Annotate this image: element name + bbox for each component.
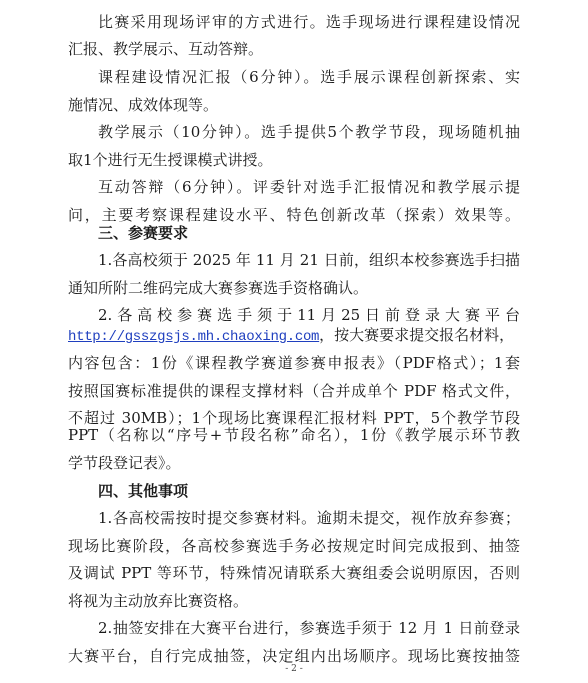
- paragraph-line: PPT（名称以“序号+节段名称”命名），1份《教学展示环节教: [68, 424, 520, 446]
- paragraph-line: 按照国赛标准提供的课程支撑材料（合并成单个 PDF 格式文件，: [68, 380, 520, 402]
- paragraph-line: 教学展示（10分钟）。选手提供5个教学节段，现场随机抽: [98, 121, 520, 143]
- link-trailing-text: ，按大赛要求提交报名材料，: [319, 326, 514, 344]
- paragraph-line: 现场比赛阶段，各高校参赛选手务必按规定时间完成报到、抽签: [68, 535, 520, 557]
- page-number: - 2 -: [0, 664, 588, 674]
- paragraph-line: 2.抽签安排在大赛平台进行，参赛选手须于 12 月 1 日前登录: [98, 617, 520, 639]
- competition-platform-link[interactable]: http://gsszgsjs.mh.chaoxing.com: [68, 329, 319, 345]
- paragraph-line-with-link: http://gsszgsjs.mh.chaoxing.com，按大赛要求提交报…: [68, 324, 520, 346]
- paragraph-line: 将视为主动放弃比赛资格。: [68, 590, 520, 612]
- paragraph-line: 课程建设情况汇报（6分钟）。选手展示课程创新探索、实: [98, 66, 520, 88]
- paragraph-line: 内容包含：1份《课程教学赛道参赛申报表》（PDF格式）；1套: [68, 352, 520, 374]
- section-heading-other-matters: 四、其他事项: [98, 480, 520, 502]
- paragraph-line: 互动答辩（6分钟）。评委针对选手汇报情况和教学展示提: [98, 176, 520, 198]
- paragraph-line: 取1个进行无生授课模式讲授。: [68, 149, 520, 171]
- paragraph-line: 通知所附二维码完成大赛参赛选手资格确认。: [68, 277, 520, 299]
- paragraph-line: 1.各高校须于 2025 年 11 月 21 日前，组织本校参赛选手扫描: [98, 249, 520, 271]
- paragraph-line: 1.各高校需按时提交参赛材料。逾期未提交，视作放弃参赛；: [98, 507, 520, 529]
- paragraph-line: 汇报、教学展示、互动答辩。: [68, 38, 520, 60]
- paragraph-line: 比赛采用现场评审的方式进行。选手现场进行课程建设情况: [98, 11, 520, 33]
- section-heading-requirements: 三、参赛要求: [98, 222, 520, 244]
- paragraph-line: 2. 各 高 校 参 赛 选 手 须 于 11 月 25 日 前 登 录 大 赛…: [98, 304, 520, 326]
- paragraph-line: 及调试 PPT 等环节，特殊情况请联系大赛组委会说明原因，否则: [68, 562, 520, 584]
- paragraph-line: 学节段登记表》。: [68, 452, 520, 474]
- document-page: 比赛采用现场评审的方式进行。选手现场进行课程建设情况 汇报、教学展示、互动答辩。…: [0, 0, 588, 683]
- paragraph-line: 施情况、成效体现等。: [68, 94, 520, 116]
